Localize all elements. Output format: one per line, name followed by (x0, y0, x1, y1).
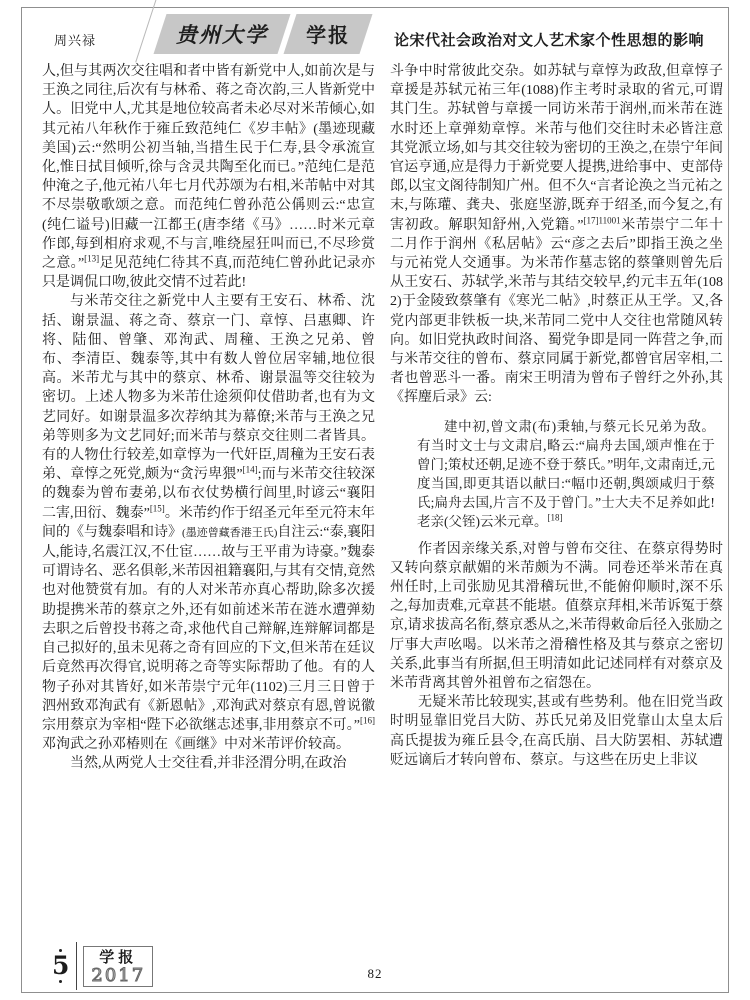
text-run: 当然,从两党人士交往看,并非泾渭分明,在政治 (70, 756, 347, 771)
article-body: 人,但与其两次交往唱和者中皆有新党中人,如前次是与王涣之同往,后次有与林希、蒋之… (42, 62, 723, 774)
text-column-left: 人,但与其两次交往唱和者中皆有新党中人,如前次是与王涣之同往,后次有与林希、蒋之… (42, 62, 375, 774)
text-run: 与米芾交往之新党中人主要有王安石、林希、沈括、谢景温、蒋之奇、蔡京一门、章惇、吕… (42, 294, 375, 482)
footnote-reference: [14] (243, 465, 258, 475)
running-header-author: 周兴禄 (54, 30, 96, 49)
footnote-reference: [18] (548, 512, 563, 522)
journal-logo-plate-script: 贵州大学 (154, 14, 291, 54)
text-run: 自注云:“泰,襄阳人,能诗,名震江汉,不仕宦……故与王平甫为诗豪。”魏泰可谓诗名… (42, 525, 375, 733)
block-quote: 建中初,曾文肃(布)秉轴,与蔡元长兄弟为敌。有当时文士与文肃启,略云:“扁舟去国… (390, 417, 723, 531)
paragraph: 人,但与其两次交往唱和者中皆有新党中人,如前次是与王涣之同往,后次有与林希、蒋之… (42, 62, 375, 292)
journal-name-block: 学报 (306, 19, 350, 48)
paragraph: 作者因亲缘关系,对曾与曾布交往、在蔡京得势时又转向蔡京献媚的米芾颇为不满。同卷还… (390, 540, 723, 694)
text-run: 人,但与其两次交往唱和者中皆有新党中人,如前次是与王涣之同往,后次有与林希、蒋之… (42, 64, 375, 271)
journal-logo-plate-block: 学报 (284, 14, 373, 54)
page-number: 82 (0, 966, 750, 982)
page-header: 周兴禄 贵州大学 学报 论宋代社会政治对文人艺术家个性思想的影响 (42, 12, 724, 60)
journal-logo: 贵州大学 学报 (160, 14, 372, 54)
journal-name-calligraphy: 贵州大学 (176, 19, 268, 49)
footnote-reference: [16] (360, 715, 375, 725)
paragraph: 当然,从两党人士交往看,并非泾渭分明,在政治 (42, 754, 375, 773)
text-run: 无疑米芾比较现实,甚或有些势利。他在旧党当政时明显靠旧党吕大防、苏氏兄弟及旧党靠… (390, 695, 723, 768)
footnote-reference: [13] (84, 253, 99, 263)
text-run: 作者因亲缘关系,对曾与曾布交往、在蔡京得势时又转向蔡京献媚的米芾颇为不满。同卷还… (390, 542, 723, 691)
text-run: 米芾崇宁二年十二月作于润州《私居帖》云“彦之去后”即指王涣之坐与元祐党人交通事。… (390, 218, 723, 406)
inline-source-note: (墨迹曾藏香港王氏) (182, 527, 277, 539)
footer-journal-name: 学报 (91, 949, 145, 966)
journal-page: 周兴禄 贵州大学 学报 论宋代社会政治对文人艺术家个性思想的影响 人,但与其两次… (0, 0, 750, 1000)
footnote-reference: [17]11001 (583, 215, 620, 225)
paragraph: 无疑米芾比较现实,甚或有些势利。他在旧党当政时明显靠旧党吕大防、苏氏兄弟及旧党靠… (390, 693, 723, 770)
paragraph: 斗争中时常彼此交杂。如苏轼与章惇为政敌,但章惇子章援是苏轼元祐三年(1088)作… (390, 62, 723, 408)
footnote-reference: [15] (150, 503, 165, 513)
article-title: 论宋代社会政治对文人艺术家个性思想的影响 (394, 29, 704, 50)
text-run: 建中初,曾文肃(布)秉轴,与蔡元长兄弟为敌。有当时文士与文肃启,略云:“扁舟去国… (417, 419, 715, 529)
paragraph: 与米芾交往之新党中人主要有王安石、林希、沈括、谢景温、蒋之奇、蔡京一门、章惇、吕… (42, 292, 375, 754)
text-run: 斗争中时常彼此交杂。如苏轼与章惇为政敌,但章惇子章援是苏轼元祐三年(1088)作… (390, 64, 723, 233)
text-column-right: 斗争中时常彼此交杂。如苏轼与章惇为政敌,但章惇子章援是苏轼元祐三年(1088)作… (390, 62, 723, 774)
text-run: 邓洵武之孙邓椿则在《画继》中对米芾评价较高。 (42, 737, 350, 752)
